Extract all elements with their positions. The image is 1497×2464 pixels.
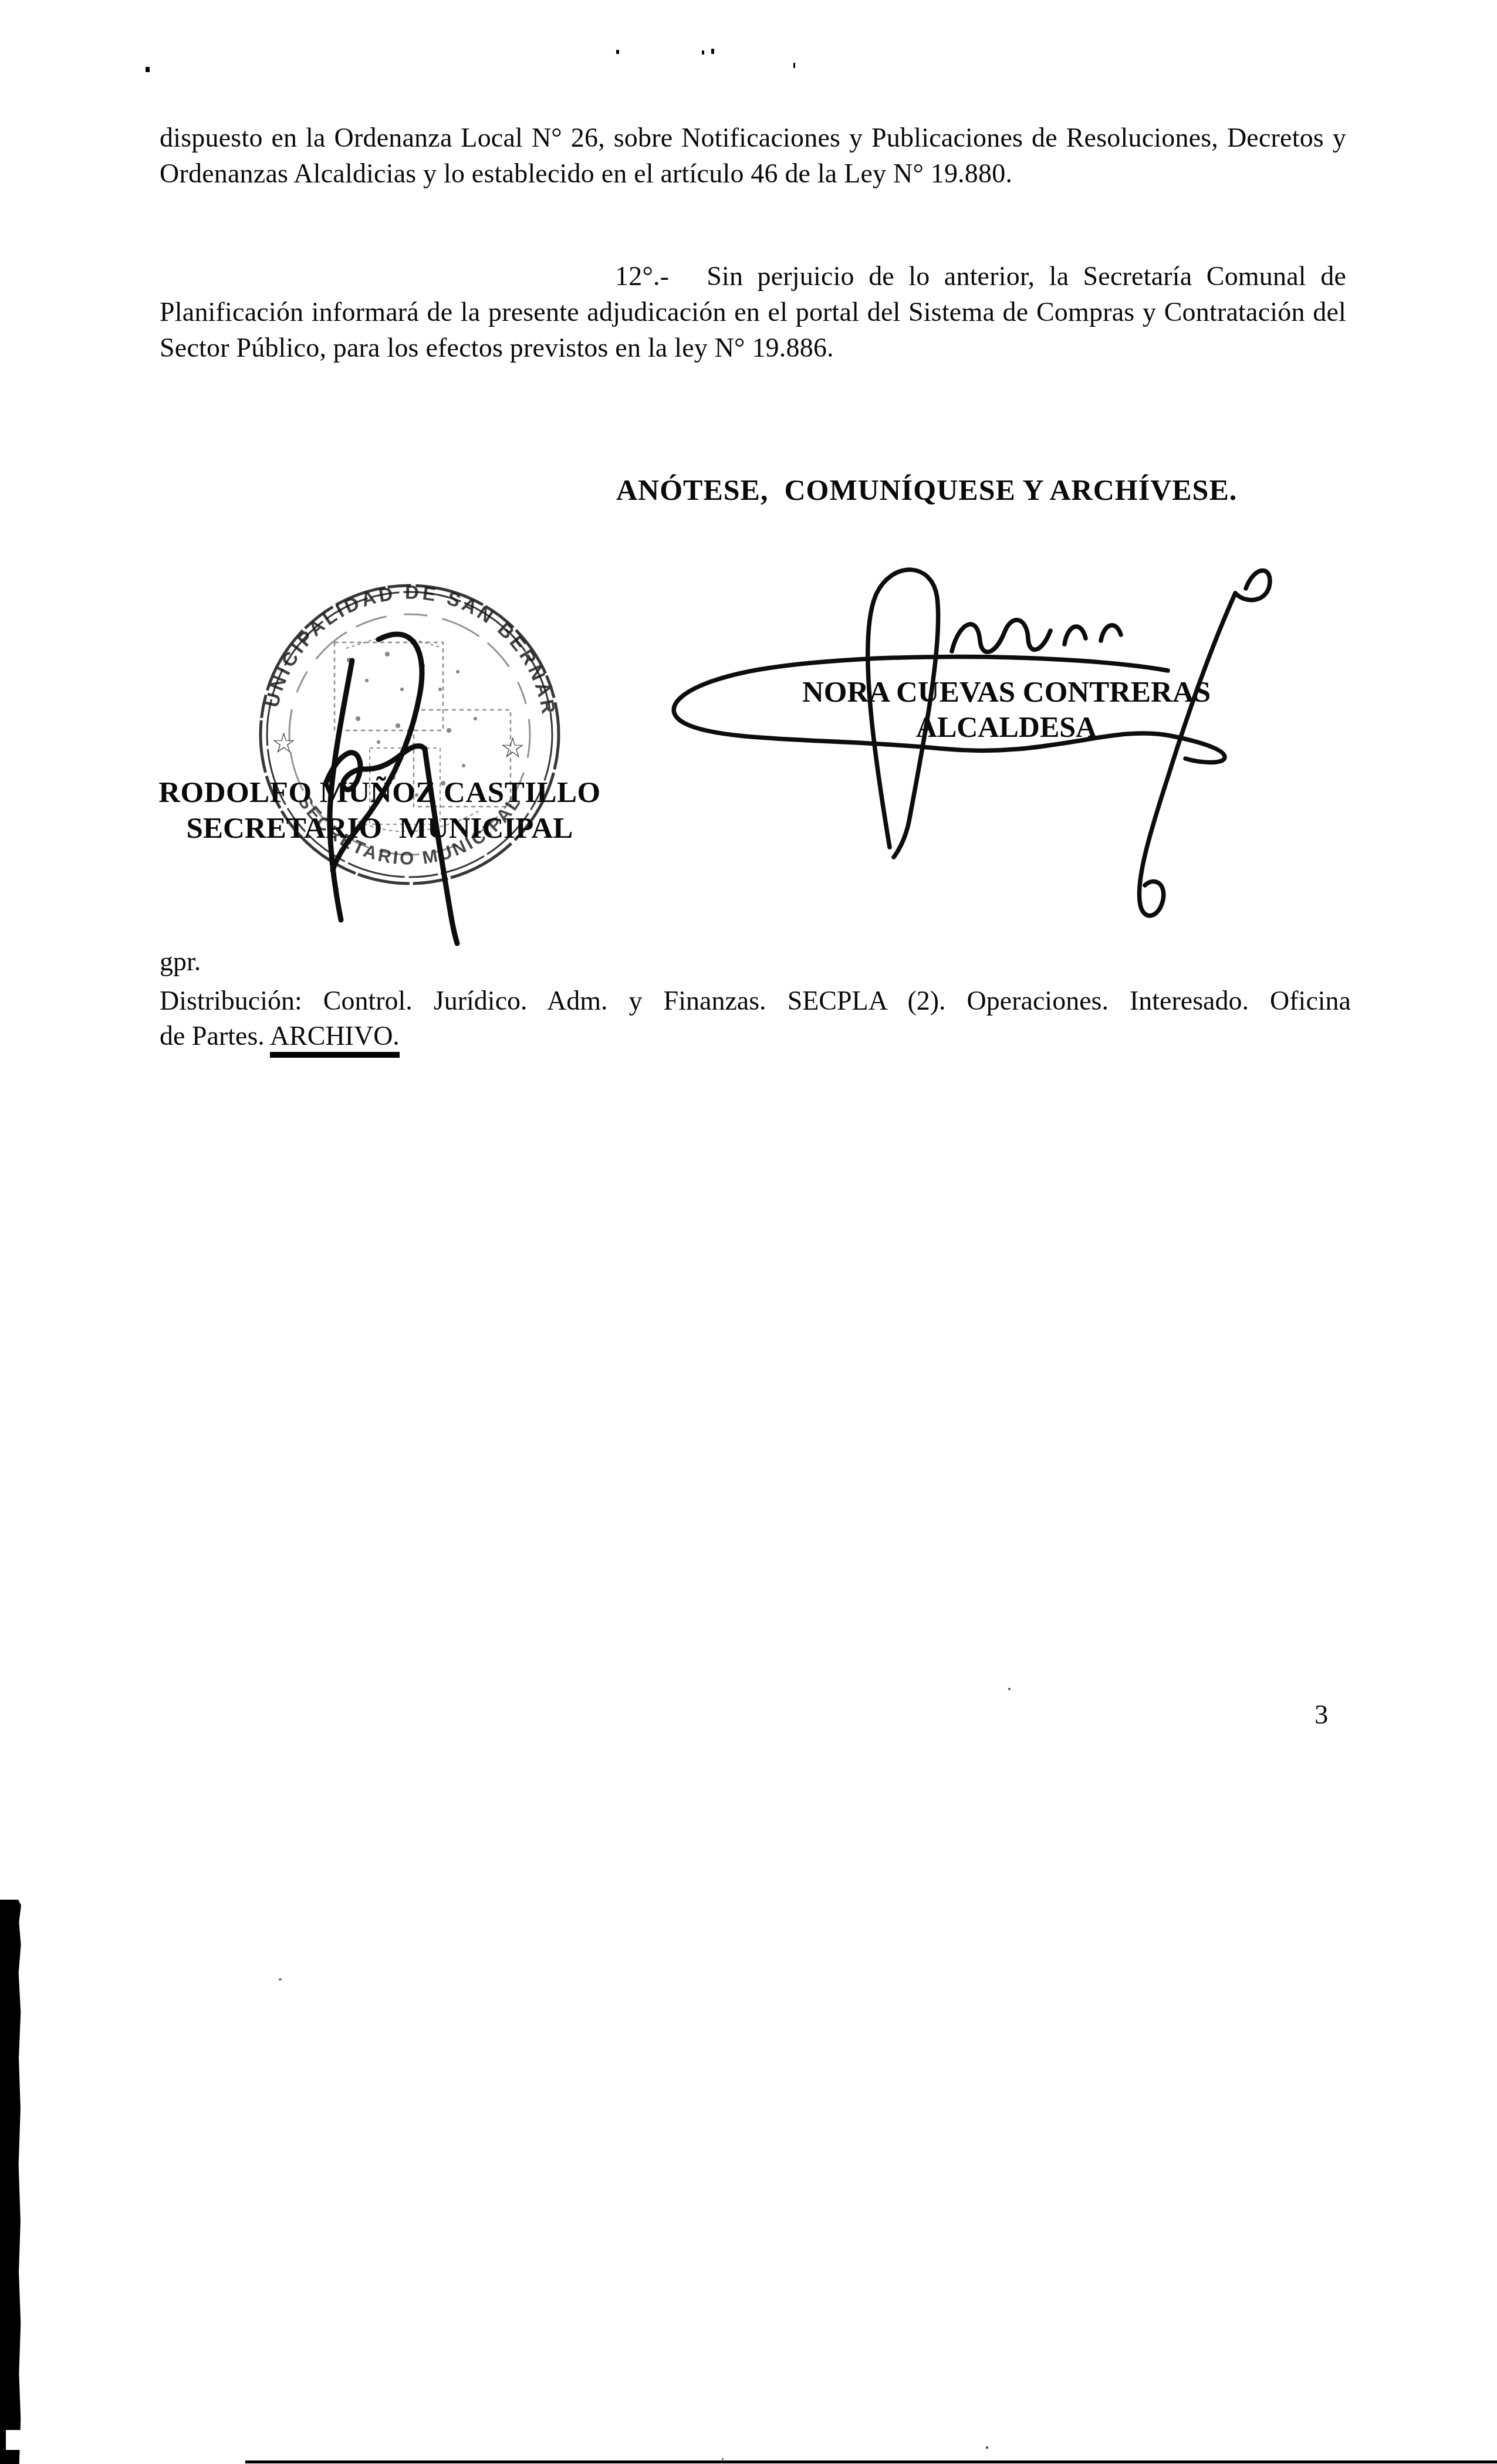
scan-artifact-black-bar (0, 1900, 21, 2464)
mayor-title: ALCALDESA (769, 710, 1244, 744)
scan-speck (279, 1978, 282, 1981)
paragraph-clause-12: 12°.-Sin perjuicio de lo anterior, la Se… (160, 258, 1346, 365)
scan-speck (711, 49, 714, 54)
clerk-initials: gpr. (160, 946, 201, 977)
distribution-line-2-prefix: de Partes. (160, 1021, 270, 1051)
stamp-graphic: I. MUNICIPALIDAD DE SAN BERNARDO SECRETA… (246, 572, 575, 901)
scan-speck (1008, 1688, 1011, 1690)
archive-label-underlined: ARCHIVO. (270, 1021, 400, 1058)
clause-number: 12°.- (615, 261, 707, 291)
closing-order-line: ANÓTESE, COMUNÍQUESE Y ARCHÍVESE. (616, 473, 1237, 507)
scan-speck (616, 50, 619, 54)
mayor-name: NORA CUEVAS CONTRERAS (769, 675, 1244, 710)
mayor-signature-block: NORA CUEVAS CONTRERAS ALCALDESA (769, 675, 1244, 744)
stamp-ring-text-top: I. MUNICIPALIDAD DE SAN BERNARDO (246, 572, 560, 718)
scan-speck (722, 2458, 724, 2460)
stamp-star-left-icon: ☆ (271, 728, 296, 759)
svg-text:I. MUNICIPALIDAD DE SAN BERNAR: I. MUNICIPALIDAD DE SAN BERNARDO (246, 572, 560, 718)
paragraph-ordenanza: dispuesto en la Ordenanza Local N° 26, s… (160, 120, 1346, 191)
scanned-decree-page: dispuesto en la Ordenanza Local N° 26, s… (0, 0, 1497, 2464)
secretary-name: RODOLFO MUÑOZ CASTILLO (157, 774, 602, 811)
secretary-signature-block: RODOLFO MUÑOZ CASTILLO SECRETARIO MUNICI… (157, 774, 602, 846)
scan-speck (146, 67, 150, 72)
municipal-stamp-seal: I. MUNICIPALIDAD DE SAN BERNARDO SECRETA… (246, 572, 575, 901)
distribution-line-2: de Partes. ARCHIVO. (160, 1018, 1351, 1054)
scan-speck (986, 2446, 988, 2449)
scan-artifact-bar-notch (6, 2430, 21, 2450)
clause-text: Sin perjuicio de lo anterior, la Secreta… (160, 261, 1346, 363)
distribution-line-1: Distribución: Control. Jurídico. Adm. y … (160, 983, 1351, 1018)
distribution-list: Distribución: Control. Jurídico. Adm. y … (160, 983, 1351, 1054)
handwritten-signatures-layer (0, 0, 1497, 2464)
page-number: 3 (1314, 1699, 1329, 1731)
stamp-star-right-icon: ☆ (500, 733, 525, 764)
scan-artifact-bottom-line (245, 2460, 1497, 2463)
scan-speck (793, 63, 795, 68)
secretary-title: SECRETARIO MUNICIPAL (157, 811, 602, 846)
scan-speck (702, 50, 704, 55)
